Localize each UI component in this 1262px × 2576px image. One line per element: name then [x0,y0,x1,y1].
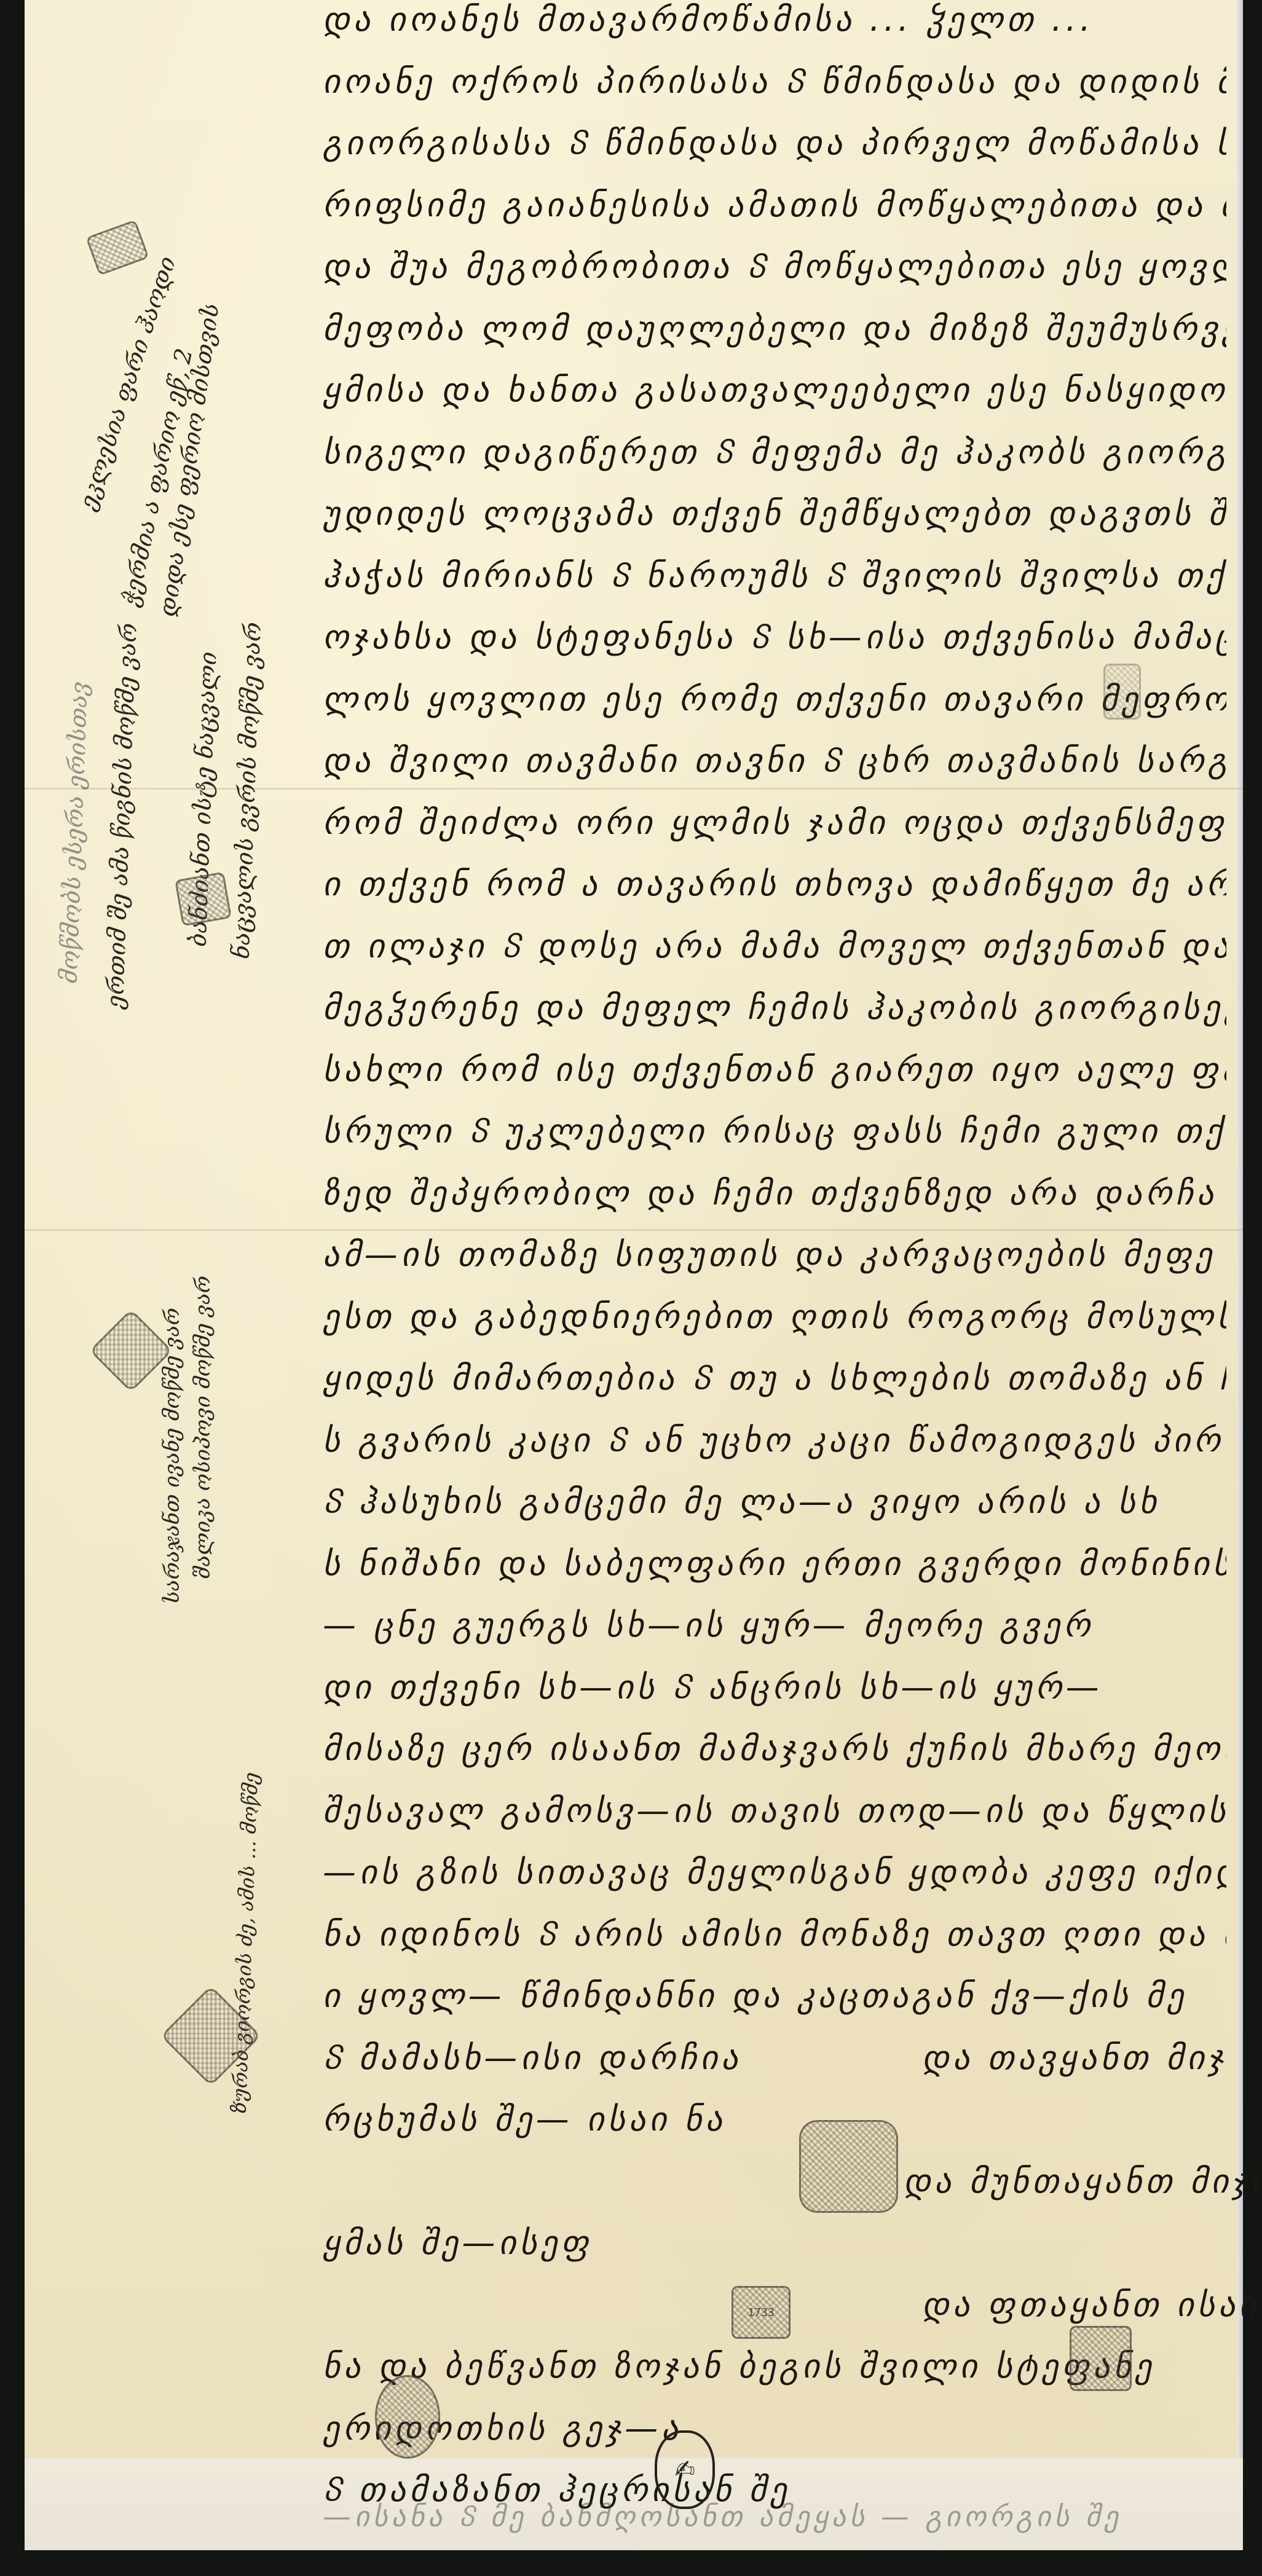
text-line: და შუა მეგობრობითა ჽ მოწყალებითა ესე ყოვ… [323,242,1226,291]
text-line: ესთ და გაბედნიერებით ღთის როგორც მოსულს … [323,1292,1226,1341]
text-line: სრული ჽ უკლებელი რისაც ფასს ჩემი გული თქ… [323,1107,1226,1156]
text-line: რიფსიმე გაიანესისა ამათის მოწყალებითა და… [323,181,1226,230]
text-line: თ ილაჯი ჽ დოსე არა მამა მოველ თქვენთან დ… [323,922,1226,971]
seal-margin-small [175,872,232,927]
text-line: ყიდეს მიმართებია ჽ თუ ა სხლების თომაზე ა… [323,1354,1226,1403]
text-line: და შვილი თავმანი თავნი ჽ ცხრ თავმანის სა… [323,736,1226,785]
text-line: ყმას შე—ისეფ [323,2218,1226,2268]
text-line: ზედ შეპყრობილ და ჩემი თქვენზედ არა დარჩა… [323,1169,1226,1218]
text-line: გიორგისასა ჽ წმინდასა და პირველ მოწამისა… [323,119,1226,168]
text-line: ყმისა და ხანთა გასათვალეებელი ესე ნასყიდ… [323,366,1226,415]
text-line: მეგჴერენე და მეფელ ჩემის ჰაკობის გიორგის… [323,983,1226,1032]
seal-upper-right [1103,664,1141,720]
text-line: ერიდოთხის გეჯ—ა [323,2404,1226,2453]
text-line: რცხუმას შე— ისაი ნა [323,2095,1226,2144]
text-line: რომ შეიძლა ორი ყლმის ჯამი ოცდა თქვენსმეფ… [323,798,1226,847]
seal-right-bottom [1070,2326,1132,2391]
text-line: შესავალ გამოსვ—ის თავის თოდ—ის და წყლის … [323,1786,1226,1836]
text-line: ოჯახსა და სტეფანესა ჽ სხ—ისა თქვენისა მა… [323,613,1226,662]
text-line: და იოანეს მთავარმოწამისა ... ჴელთ ... [323,0,1226,44]
text-line: მისაზე ცერ ისაანთ მამაჯვარს ქუჩის მხარე … [323,1724,1226,1773]
seal-small-dated: 1733 [732,2286,791,2339]
seal-date-text: 1733 [747,2306,774,2319]
text-line: ნა იდინოს ჽ არის ამისი მონაზე თავთ ღთი დ… [323,1910,1226,1959]
text-line: სიგელი დაგიწერეთ ჽ მეფემა მე ჰაკობს გიორ… [323,428,1226,477]
text-line: და ფთაყანთ ისაია შე [922,2280,1262,2330]
text-line: სახლი რომ ისე თქვენთან გიარეთ იყო აელე ფ… [323,1045,1226,1094]
text-line: და თავყანთ მიჯ [922,2033,1262,2083]
text-line: ს ნიშანი და საბელფარი ერთი გვერდი მონინი… [323,1539,1226,1588]
text-line: დი თქვენი სხ—ის ჽ ანცრის სხ—ის ყურ— [323,1663,1226,1712]
text-line: —ის გზის სითავაც მეყლისგან ყდობა კეფე იქ… [323,1848,1226,1897]
seal-cross [375,2375,440,2459]
text-line: ი ყოვლ— წმინდანნი და კაცთაგან ქვ—ქის მე [323,1971,1226,2020]
text-line: უდიდეს ლოცვამა თქვენ შემწყალებთ დაგვთს შ… [323,489,1226,538]
faint-bottom-line: —ისანა ჽ მე ბანმღოსანთ ამეყას — გიორგის … [323,2492,1226,2541]
text-line: მეფობა ლომ დაუღლებელი და მიზეზ შეუმუსრვე… [323,304,1226,353]
text-line: ამ—ის თომაზე სიფუთის და კარვაცოების მეფე… [323,1230,1226,1279]
margin-note: შალიკა ოსიპოვი მოწმე ვარ [191,1276,215,1579]
text-line: ს გვარის კაცი ჽ ან უცხო კაცი წამოგიდგეს … [323,1416,1226,1465]
text-line: — ცნე გუერგს სხ—ის ყურ— მეორე გვერ [323,1601,1226,1650]
text-line: ლოს ყოვლით ესე რომე თქვენი თავარი მეფროს… [323,675,1226,724]
seal-center [799,2120,898,2213]
text-line: და მუნთაყანთ მიჯრც [904,2157,1262,2206]
text-line: იოანე ოქროს პირისასა ჽ წმინდასა და დიდის… [323,57,1226,106]
text-line: ჰაჭას მირიანს ჽ ნაროუმს ჽ შვილის შვილსა … [323,551,1226,600]
signature-mark: ✍ [655,2430,715,2509]
text-line: ი თქვენ რომ ა თავარის თხოვა დამიწყეთ მე … [323,860,1226,909]
text-line: ჽ ჰასუხის გამცემი მე ლა—ა ვიყო არის ა სხ [323,1477,1226,1526]
